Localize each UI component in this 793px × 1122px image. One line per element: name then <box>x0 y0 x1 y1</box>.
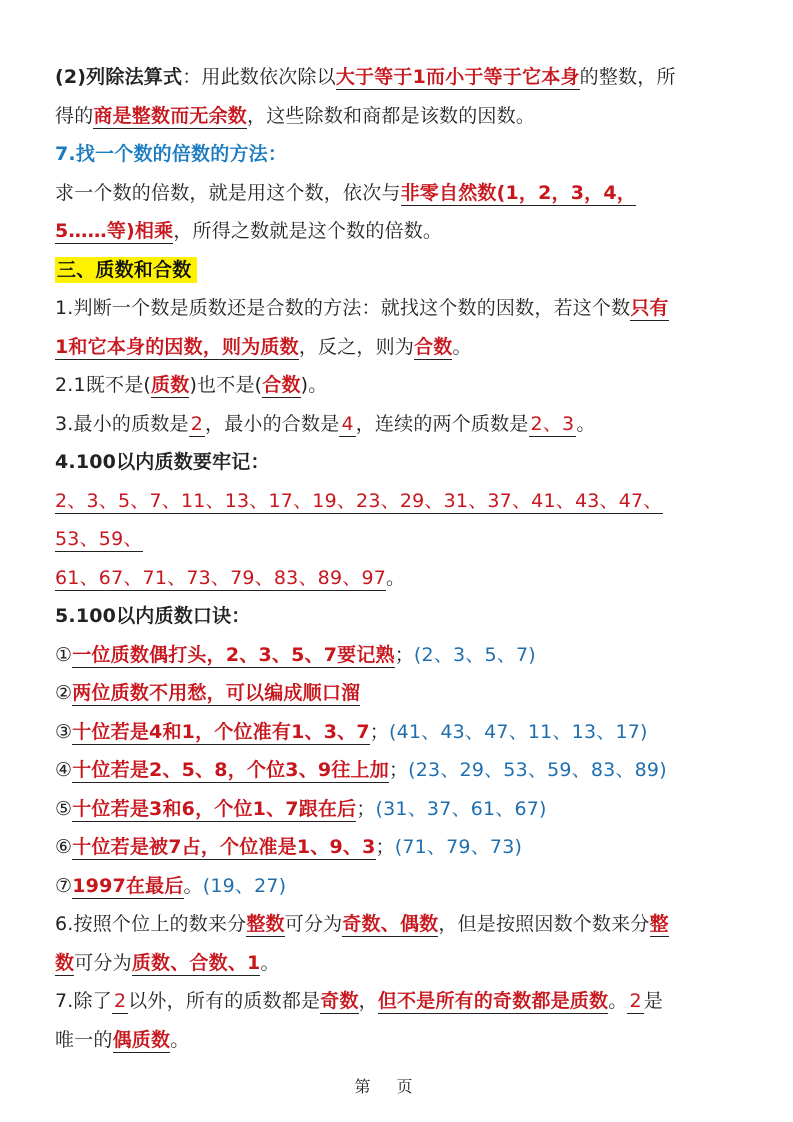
body-text: ，但是按照因数个数来分 <box>438 913 649 935</box>
example-list: (41、43、47、11、13、17) <box>389 721 648 743</box>
fill-blank-answer: 4 <box>339 413 355 437</box>
answer-text: 十位若是4和1，个位准有1、3、7 <box>72 721 370 745</box>
body-text: ； <box>395 644 414 666</box>
answer-text: 非零自然数(1，2，3，4， <box>401 182 636 206</box>
page-footer: 第页 <box>0 1074 793 1097</box>
item-title: 4.100以内质数要牢记： <box>55 451 270 473</box>
answer-text: 大于等于1而小于等于它本身 <box>336 66 580 90</box>
body-text: ④ <box>55 759 72 781</box>
body-text: ，这些除数和商都是该数的因数。 <box>247 105 535 127</box>
body-text: ； <box>370 721 389 743</box>
body-text: )。 <box>301 374 328 396</box>
text-line: 7.除了2以外，所有的质数都是奇数，但不是所有的奇数都是质数。2是 <box>55 982 745 1021</box>
example-list: (71、79、73) <box>395 836 522 858</box>
body-text: 以外，所有的质数都是 <box>128 990 320 1012</box>
fill-blank-answer: 2 <box>112 990 128 1014</box>
body-text: 可分为 <box>285 913 343 935</box>
text-line: ①一位质数偶打头，2、3、5、7要记熟；(2、3、5、7) <box>55 636 745 675</box>
body-text: ，反之，则为 <box>299 336 414 358</box>
text-line: ③十位若是4和1，个位准有1、3、7；(41、43、47、11、13、17) <box>55 713 745 752</box>
body-text: ：用此数依次除以 <box>182 66 336 88</box>
text-line: 1和它本身的因数，则为质数，反之，则为合数。 <box>55 328 745 367</box>
answer-text: 十位若是3和6，个位1、7跟在后 <box>72 798 356 822</box>
text-line: 3.最小的质数是2，最小的合数是4，连续的两个质数是2、3。 <box>55 405 745 444</box>
answer-text: 偶质数 <box>113 1029 171 1053</box>
answer-text: 两位质数不用愁，可以编成顺口溜 <box>72 682 360 706</box>
text-line: 7.找一个数的倍数的方法： <box>55 135 745 174</box>
body-text: 。 <box>576 413 595 435</box>
body-text: 。 <box>260 952 279 974</box>
text-line: 53、59、 <box>55 520 745 559</box>
answer-text: 质数 <box>151 374 189 398</box>
text-line: 唯一的偶质数。 <box>55 1021 745 1060</box>
fill-blank-answer: 2、3 <box>529 413 577 437</box>
text-line: 数可分为质数、合数、1。 <box>55 944 745 983</box>
body-text: 。 <box>608 990 627 1012</box>
answer-text: 数 <box>55 952 74 976</box>
body-text: ； <box>389 759 408 781</box>
body-text: 2.1既不是( <box>55 374 151 396</box>
body-text: ① <box>55 644 72 666</box>
text-line: 得的商是整数而无余数，这些除数和商都是该数的因数。 <box>55 97 745 136</box>
answer-text: 5……等)相乘 <box>55 220 173 244</box>
body-text: ⑥ <box>55 836 72 858</box>
answer-text: 奇数、偶数 <box>342 913 438 937</box>
body-text: ，连续的两个质数是 <box>356 413 529 435</box>
body-text: 。 <box>386 567 405 589</box>
body-text: ③ <box>55 721 72 743</box>
text-line: ⑦1997在最后。(19、27) <box>55 867 745 906</box>
text-line: 1.判断一个数是质数还是合数的方法：就找这个数的因数，若这个数只有 <box>55 289 745 328</box>
answer-text: 合数 <box>262 374 300 398</box>
text-line: 5.100以内质数口诀： <box>55 597 745 636</box>
text-line: (2)列除法算式：用此数依次除以大于等于1而小于等于它本身的整数，所 <box>55 58 745 97</box>
body-text: 。 <box>452 336 471 358</box>
body-text: ； <box>376 836 395 858</box>
answer-text: 61、67、71、73、79、83、89、97 <box>55 567 386 591</box>
body-text: 得的 <box>55 105 93 127</box>
body-text: 。 <box>184 875 203 897</box>
fill-blank-answer: 2 <box>189 413 205 437</box>
text-line: 5……等)相乘，所得之数就是这个数的倍数。 <box>55 212 745 251</box>
answer-text: 53、59、 <box>55 528 143 552</box>
example-list: (19、27) <box>203 875 287 897</box>
text-line: 4.100以内质数要牢记： <box>55 443 745 482</box>
fill-blank-answer: 2 <box>627 990 643 1014</box>
text-line: ⑤十位若是3和6，个位1、7跟在后；(31、37、61、67) <box>55 790 745 829</box>
body-text: ⑤ <box>55 798 72 820</box>
answer-text: 但不是所有的奇数都是质数 <box>378 990 608 1014</box>
body-text: 3.最小的质数是 <box>55 413 189 435</box>
body-text: ，最小的合数是 <box>205 413 339 435</box>
answer-text: 一位质数偶打头，2、3、5、7要记熟 <box>72 644 394 668</box>
item-title: 5.100以内质数口诀： <box>55 605 251 627</box>
body-text: ， <box>359 990 378 1012</box>
body-text: 6.按照个位上的数来分 <box>55 913 246 935</box>
answer-text: 十位若是被7占，个位准是1、9、3 <box>72 836 375 860</box>
text-line: 2、3、5、7、11、13、17、19、23、29、31、37、41、43、47… <box>55 482 745 521</box>
item-title: (2)列除法算式 <box>55 66 182 88</box>
body-text: )也不是( <box>189 374 262 396</box>
text-line: ④十位若是2、5、8，个位3、9往上加；(23、29、53、59、83、89) <box>55 751 745 790</box>
body-text: ； <box>356 798 375 820</box>
example-list: (23、29、53、59、83、89) <box>408 759 667 781</box>
answer-text: 质数、合数、1 <box>132 952 261 976</box>
section-heading: 三、质数和合数 <box>55 257 197 283</box>
body-text: 7.除了 <box>55 990 112 1012</box>
body-text: ⑦ <box>55 875 72 897</box>
answer-text: 整数 <box>246 913 284 937</box>
text-line: 2.1既不是(质数)也不是(合数)。 <box>55 366 745 405</box>
answer-text: 整 <box>650 913 669 937</box>
body-text: ，所得之数就是这个数的倍数。 <box>173 220 442 242</box>
answer-text: 2、3、5、7、11、13、17、19、23、29、31、37、41、43、47… <box>55 490 663 514</box>
example-list: (31、37、61、67) <box>376 798 547 820</box>
body-text: 求一个数的倍数，就是用这个数，依次与 <box>55 182 401 204</box>
text-line: 6.按照个位上的数来分整数可分为奇数、偶数，但是按照因数个数来分整 <box>55 905 745 944</box>
example-list: (2、3、5、7) <box>414 644 536 666</box>
answer-text: 十位若是2、5、8，个位3、9往上加 <box>72 759 389 783</box>
answer-text: 奇数 <box>320 990 358 1014</box>
answer-text: 1和它本身的因数，则为质数 <box>55 336 299 360</box>
body-text: 可分为 <box>74 952 132 974</box>
body-text: 是 <box>644 990 663 1012</box>
body-text: ② <box>55 682 72 704</box>
body-text: 的整数，所 <box>580 66 676 88</box>
answer-text: 1997在最后 <box>72 875 183 899</box>
answer-text: 商是整数而无余数 <box>93 105 247 129</box>
body-text: 。 <box>170 1029 189 1051</box>
answer-text: 只有 <box>630 297 668 321</box>
subsection-title: 7.找一个数的倍数的方法： <box>55 143 287 165</box>
text-line: 61、67、71、73、79、83、89、97。 <box>55 559 745 598</box>
document-page: (2)列除法算式：用此数依次除以大于等于1而小于等于它本身的整数，所得的商是整数… <box>55 58 745 1059</box>
text-line: 三、质数和合数 <box>55 251 745 290</box>
text-line: 求一个数的倍数，就是用这个数，依次与非零自然数(1，2，3，4， <box>55 174 745 213</box>
body-text: 唯一的 <box>55 1029 113 1051</box>
body-text: 1.判断一个数是质数还是合数的方法：就找这个数的因数，若这个数 <box>55 297 630 319</box>
text-line: ⑥十位若是被7占，个位准是1、9、3；(71、79、73) <box>55 828 745 867</box>
text-line: ②两位质数不用愁，可以编成顺口溜 <box>55 674 745 713</box>
answer-text: 合数 <box>414 336 452 360</box>
